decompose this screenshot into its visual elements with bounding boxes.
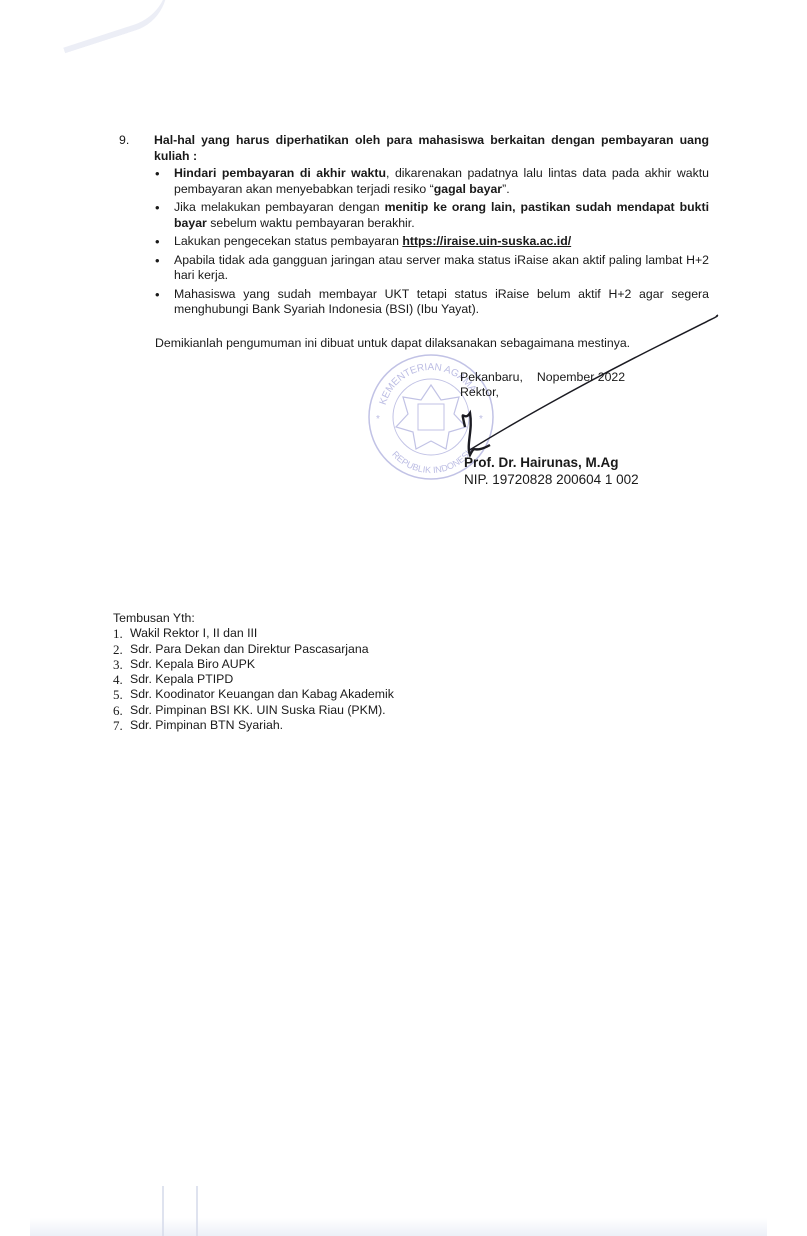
signer-info: Prof. Dr. Hairunas, M.Ag NIP. 19720828 2… (464, 454, 639, 488)
cc-text: Wakil Rektor I, II dan III (130, 626, 257, 641)
cc-item: 4.Sdr. Kepala PTIPD (113, 672, 394, 687)
cc-item: 3.Sdr. Kepala Biro AUPK (113, 657, 394, 672)
iraise-link[interactable]: https://iraise.uin-suska.ac.id/ (402, 234, 571, 248)
bullet-item: Jika melakukan pembayaran dengan menitip… (154, 200, 709, 231)
cc-index: 3. (113, 657, 130, 672)
signature-block: Pekanbaru,Nopember 2022 Rektor, (460, 370, 625, 400)
scan-smudge (51, 0, 179, 53)
cc-text: Sdr. Pimpinan BSI KK. UIN Suska Riau (PK… (130, 703, 386, 718)
cc-index: 4. (113, 672, 130, 687)
cc-text: Sdr. Koodinator Keuangan dan Kabag Akade… (130, 687, 394, 702)
notice-bullets: Hindari pembayaran di akhir waktu, dikar… (119, 166, 709, 318)
scan-artifact (196, 1186, 198, 1236)
bullet-item: Apabila tidak ada gangguan jaringan atau… (154, 253, 709, 284)
bullet-text: Jika melakukan pembayaran dengan (174, 200, 385, 214)
cc-text: Sdr. Para Dekan dan Direktur Pascasarjan… (130, 642, 369, 657)
cc-text: Sdr. Pimpinan BTN Syariah. (130, 718, 283, 733)
bullet-text: Apabila tidak ada gangguan jaringan atau… (174, 253, 709, 283)
cc-item: 1.Wakil Rektor I, II dan III (113, 626, 394, 641)
cc-index: 5. (113, 687, 130, 702)
item-heading: Hal-hal yang harus diperhatikan oleh par… (154, 133, 709, 164)
cc-index: 2. (113, 642, 130, 657)
scan-artifact (162, 1186, 164, 1236)
cc-item: 2.Sdr. Para Dekan dan Direktur Pascasarj… (113, 642, 394, 657)
cc-index: 1. (113, 626, 130, 641)
cc-index: 6. (113, 703, 130, 718)
signer-name: Prof. Dr. Hairunas, M.Ag (464, 454, 639, 471)
cc-item: 6.Sdr. Pimpinan BSI KK. UIN Suska Riau (… (113, 703, 394, 718)
svg-text:*: * (376, 414, 380, 425)
cc-index: 7. (113, 718, 130, 733)
signature-date: Nopember 2022 (537, 370, 625, 384)
bullet-text: sebelum waktu pembayaran berakhir. (207, 216, 415, 230)
bullet-text: ”. (502, 182, 510, 196)
scan-edge (30, 1218, 767, 1236)
cc-heading: Tembusan Yth: (113, 611, 394, 626)
bullet-text: Lakukan pengecekan status pembayaran (174, 234, 402, 248)
bullet-emphasis: Hindari pembayaran di akhir waktu (174, 166, 386, 180)
bullet-item: Hindari pembayaran di akhir waktu, dikar… (154, 166, 709, 197)
signature-place: Pekanbaru, (460, 370, 523, 384)
bullet-item: Lakukan pengecekan status pembayaran htt… (154, 234, 709, 250)
signer-title: Rektor, (460, 385, 625, 400)
cc-text: Sdr. Kepala PTIPD (130, 672, 233, 687)
cc-text: Sdr. Kepala Biro AUPK (130, 657, 255, 672)
signer-nip: NIP. 19720828 200604 1 002 (464, 471, 639, 488)
cc-item: 7.Sdr. Pimpinan BTN Syariah. (113, 718, 394, 733)
item-number: 9. (119, 133, 129, 149)
bullet-emphasis: gagal bayar (434, 182, 502, 196)
cc-item: 5.Sdr. Koodinator Keuangan dan Kabag Aka… (113, 687, 394, 702)
carbon-copy-list: Tembusan Yth: 1.Wakil Rektor I, II dan I… (113, 611, 394, 733)
place-date: Pekanbaru,Nopember 2022 (460, 370, 625, 385)
announcement-item-9: 9. Hal-hal yang harus diperhatikan oleh … (119, 133, 709, 321)
